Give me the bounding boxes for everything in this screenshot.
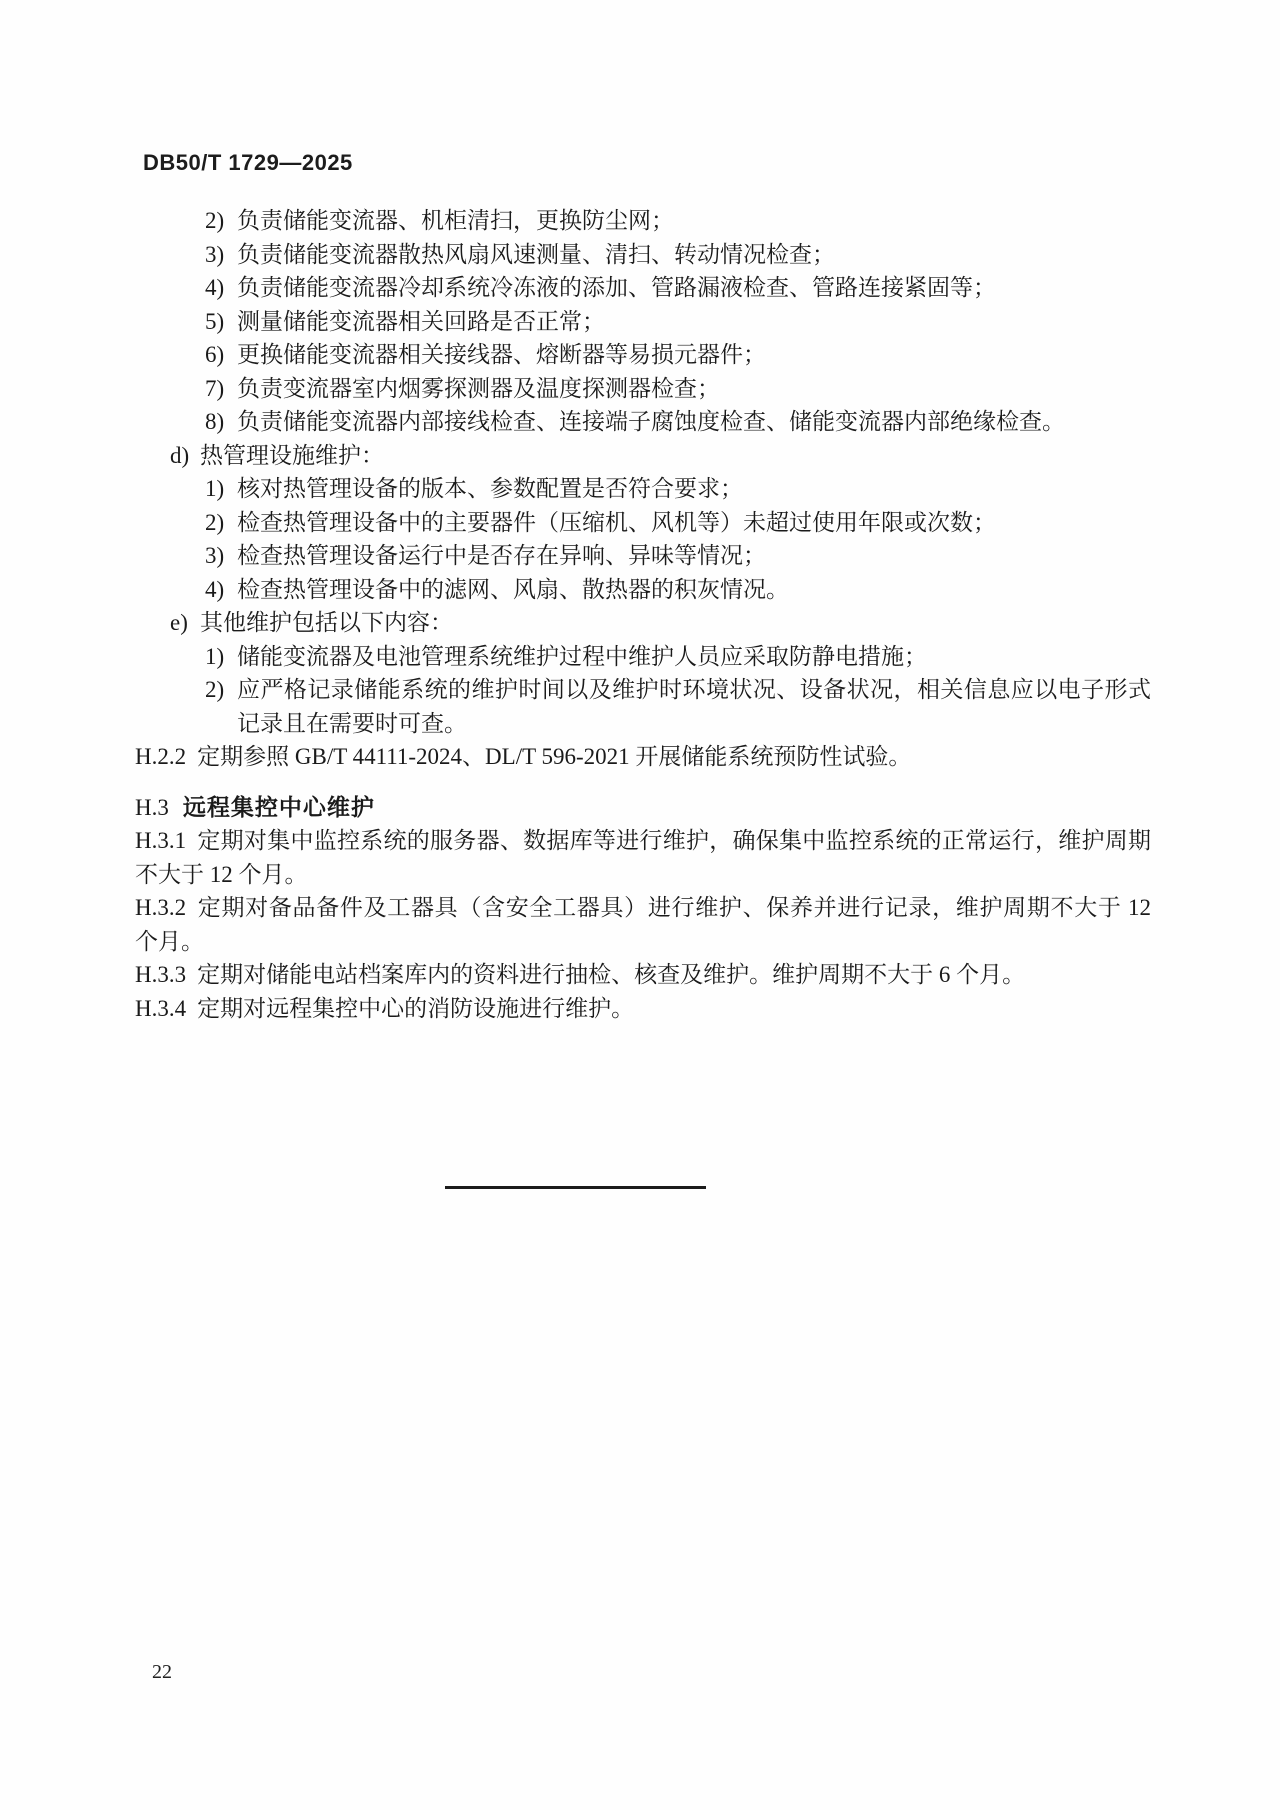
clause-label: H.3.3: [135, 962, 186, 987]
list-item-text: 测量储能变流器相关回路是否正常；: [237, 309, 605, 334]
document-page: DB50/T 1729—2025 2) 负责储能变流器、机柜清扫，更换防尘网； …: [0, 0, 1280, 1810]
list-item-text: 检查热管理设备中的滤网、风扇、散热器的积灰情况。: [237, 577, 789, 602]
section-heading-h3: H.3远程集控中心维护: [135, 791, 1151, 825]
list-item-marker: 3): [205, 539, 224, 573]
list-item: 4) 负责储能变流器冷却系统冷冻液的添加、管路漏液检查、管路连接紧固等；: [135, 271, 1151, 305]
list-item-marker: 7): [205, 372, 224, 406]
list-item-text: 热管理设施维护：: [200, 443, 384, 468]
clause-text: 定期对集中监控系统的服务器、数据库等进行维护，确保集中监控系统的正常运行，维护周…: [135, 828, 1151, 887]
section-heading-text: 远程集控中心维护: [183, 794, 375, 820]
list-item: 2) 检查热管理设备中的主要器件（压缩机、风机等）未超过使用年限或次数；: [135, 506, 1151, 540]
list-item: 4) 检查热管理设备中的滤网、风扇、散热器的积灰情况。: [135, 573, 1151, 607]
list-item-text: 储能变流器及电池管理系统维护过程中维护人员应采取防静电措施；: [237, 644, 927, 669]
document-body: 2) 负责储能变流器、机柜清扫，更换防尘网； 3) 负责储能变流器散热风扇风速测…: [135, 204, 1151, 1025]
list-item-text: 检查热管理设备中的主要器件（压缩机、风机等）未超过使用年限或次数；: [237, 510, 996, 535]
section-heading-label: H.3: [135, 795, 169, 820]
list-item-marker: 1): [205, 472, 224, 506]
list-item-marker: 1): [205, 640, 224, 674]
clause-h3-3: H.3.3定期对储能电站档案库内的资料进行抽检、核查及维护。维护周期不大于 6 …: [135, 958, 1151, 992]
list-item-text: 检查热管理设备运行中是否存在异响、异味等情况；: [237, 543, 766, 568]
clause-text: 定期对远程集控中心的消防设施进行维护。: [197, 996, 634, 1021]
list-item-marker: 8): [205, 405, 224, 439]
list-item-marker: 4): [205, 271, 224, 305]
clause-text: 定期参照 GB/T 44111-2024、DL/T 596-2021 开展储能系…: [197, 744, 911, 769]
clause-label: H.3.2: [135, 895, 186, 920]
list-item: 3) 负责储能变流器散热风扇风速测量、清扫、转动情况检查；: [135, 238, 1151, 272]
list-item-text: 应严格记录储能系统的维护时间以及维护时环境状况、设备状况，相关信息应以电子形式记…: [237, 677, 1151, 736]
list-item-marker: 2): [205, 673, 224, 707]
list-item-text: 负责储能变流器散热风扇风速测量、清扫、转动情况检查；: [237, 242, 835, 267]
list-item-marker: 2): [205, 506, 224, 540]
clause-label: H.3.1: [135, 828, 186, 853]
list-item: 2) 负责储能变流器、机柜清扫，更换防尘网；: [135, 204, 1151, 238]
list-item: 7) 负责变流器室内烟雾探测器及温度探测器检查；: [135, 372, 1151, 406]
list-item: 2) 应严格记录储能系统的维护时间以及维护时环境状况、设备状况，相关信息应以电子…: [135, 673, 1151, 740]
page-number: 22: [152, 1662, 172, 1682]
list-item-marker: 2): [205, 204, 224, 238]
document-number-header: DB50/T 1729—2025: [143, 152, 353, 174]
list-item: d) 热管理设施维护：: [135, 439, 1151, 473]
list-item-text: 负责储能变流器内部接线检查、连接端子腐蚀度检查、储能变流器内部绝缘检查。: [237, 409, 1065, 434]
list-item-text: 负责变流器室内烟雾探测器及温度探测器检查；: [237, 376, 720, 401]
end-of-text-rule: [445, 1186, 706, 1189]
list-item-text: 负责储能变流器、机柜清扫，更换防尘网；: [237, 208, 674, 233]
list-item-text: 核对热管理设备的版本、参数配置是否符合要求；: [237, 476, 743, 501]
list-item-marker: 6): [205, 338, 224, 372]
clause-h3-1: H.3.1定期对集中监控系统的服务器、数据库等进行维护，确保集中监控系统的正常运…: [135, 824, 1151, 891]
list-item: 6) 更换储能变流器相关接线器、熔断器等易损元器件；: [135, 338, 1151, 372]
list-item-marker: e): [170, 606, 188, 640]
list-item: 8) 负责储能变流器内部接线检查、连接端子腐蚀度检查、储能变流器内部绝缘检查。: [135, 405, 1151, 439]
clause-label: H.2.2: [135, 744, 186, 769]
clause-text: 定期对备品备件及工器具（含安全工器具）进行维护、保养并进行记录，维护周期不大于 …: [135, 895, 1151, 954]
list-item: 5) 测量储能变流器相关回路是否正常；: [135, 305, 1151, 339]
list-item: 3) 检查热管理设备运行中是否存在异响、异味等情况；: [135, 539, 1151, 573]
list-item-marker: 3): [205, 238, 224, 272]
list-item-marker: d): [170, 439, 189, 473]
clause-label: H.3.4: [135, 996, 186, 1021]
list-item-text: 负责储能变流器冷却系统冷冻液的添加、管路漏液检查、管路连接紧固等；: [237, 275, 996, 300]
list-item-text: 更换储能变流器相关接线器、熔断器等易损元器件；: [237, 342, 766, 367]
list-item: e) 其他维护包括以下内容：: [135, 606, 1151, 640]
list-item: 1) 核对热管理设备的版本、参数配置是否符合要求；: [135, 472, 1151, 506]
list-item-text: 其他维护包括以下内容：: [200, 610, 453, 635]
clause-h3-4: H.3.4定期对远程集控中心的消防设施进行维护。: [135, 992, 1151, 1026]
clause-text: 定期对储能电站档案库内的资料进行抽检、核查及维护。维护周期不大于 6 个月。: [197, 962, 1025, 987]
list-item-marker: 4): [205, 573, 224, 607]
clause-h2-2: H.2.2定期参照 GB/T 44111-2024、DL/T 596-2021 …: [135, 740, 1151, 774]
list-item: 1) 储能变流器及电池管理系统维护过程中维护人员应采取防静电措施；: [135, 640, 1151, 674]
clause-h3-2: H.3.2定期对备品备件及工器具（含安全工器具）进行维护、保养并进行记录，维护周…: [135, 891, 1151, 958]
list-item-marker: 5): [205, 305, 224, 339]
